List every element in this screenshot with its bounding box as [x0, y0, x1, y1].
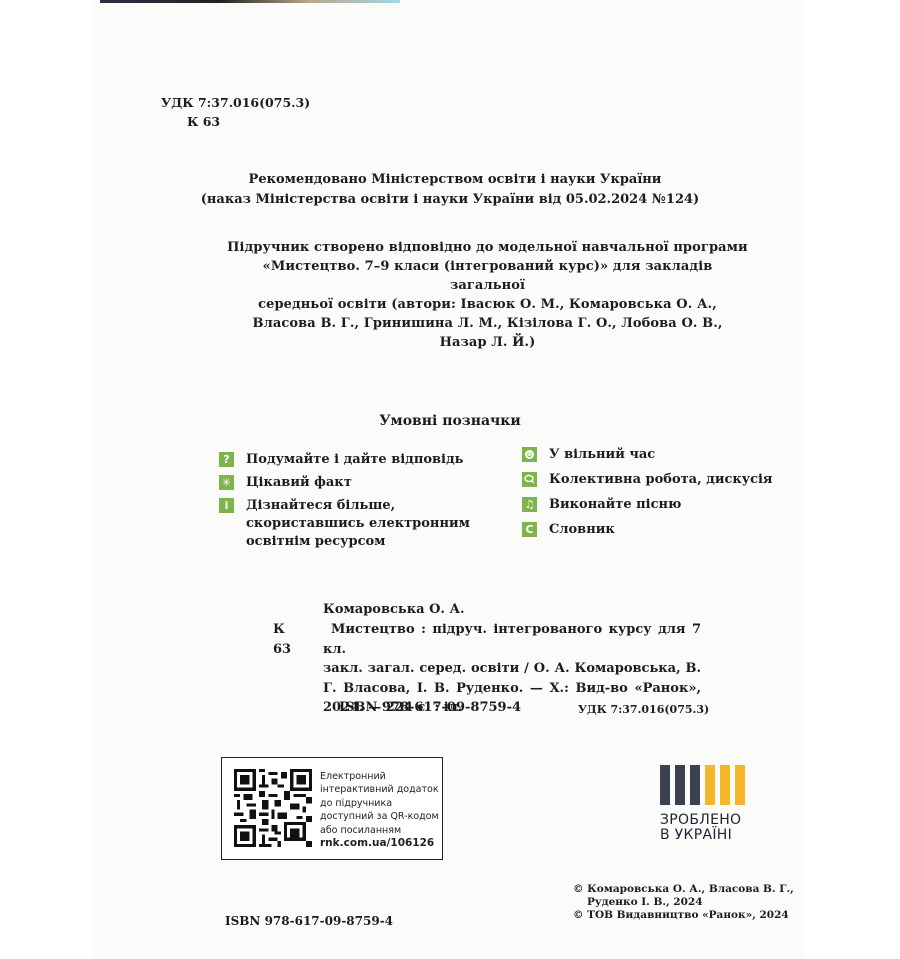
question-icon: ?	[219, 452, 234, 467]
bib-title-line: Мистецтво : підруч. інтегрованого курсу …	[323, 620, 701, 659]
asterisk-icon: ✳	[219, 475, 234, 490]
legend-label: Колективна робота, дискусія	[549, 471, 773, 489]
qr-text-line: до підручника	[320, 797, 440, 810]
footer-isbn: ISBN 978-617-09-8759-4	[225, 914, 393, 928]
bib-author: Комаровська О. А.	[323, 600, 465, 620]
qr-description: Електронний інтерактивний додаток до під…	[320, 770, 440, 850]
ministry-recommendation: Рекомендовано Міністерством освіти і нау…	[0, 170, 900, 210]
program-line: Назар Л. Й.)	[225, 333, 750, 352]
legend-item: ♫ Виконайте пісню	[522, 496, 773, 514]
legend-title: Умовні позначки	[0, 413, 900, 429]
logo-bar-dark	[675, 765, 685, 805]
logo-bars	[660, 765, 760, 805]
logo-bar-dark	[660, 765, 670, 805]
legend-label: Цікавий факт	[246, 474, 352, 492]
qr-code[interactable]	[234, 769, 312, 847]
qr-text-line: доступний за QR-кодом	[320, 810, 440, 823]
logo-text-line-2: В УКРАЇНІ	[660, 828, 760, 843]
legend-right-column: У вільний час Колективна робота, дискусі…	[522, 446, 773, 541]
logo-bar-yellow	[735, 765, 745, 805]
smiley-icon	[522, 447, 537, 462]
legend-item: C Словник	[522, 521, 773, 539]
made-in-ukraine-logo: ЗРОБЛЕНО В УКРАЇНІ	[660, 765, 760, 843]
copyright-line: © Комаровська О. А., Власова В. Г.,	[573, 883, 794, 896]
program-note: Підручник створено відповідно до модельн…	[225, 238, 750, 352]
program-line: Підручник створено відповідно до модельн…	[225, 238, 750, 257]
recommendation-line-2: (наказ Міністерства освіти і науки Украї…	[0, 190, 900, 210]
recommendation-line-1: Рекомендовано Міністерством освіти і нау…	[0, 170, 900, 190]
copyright-notice: © Комаровська О. А., Власова В. Г., Руде…	[573, 883, 794, 923]
bbk-code: К 63	[161, 112, 310, 131]
legend-label: Словник	[549, 521, 615, 539]
legend-item: У вільний час	[522, 446, 773, 464]
dictionary-icon: C	[522, 522, 537, 537]
qr-text-line: або посиланням	[320, 824, 440, 837]
music-note-icon: ♫	[522, 497, 537, 512]
bib-code: К 63	[273, 620, 291, 659]
qr-text-line: Електронний	[320, 770, 440, 783]
logo-text: ЗРОБЛЕНО В УКРАЇНІ	[660, 813, 760, 843]
bib-isbn: ISBN 978-617-09-8759-4	[339, 698, 521, 718]
bib-udk: УДК 7:37.016(075.3)	[578, 703, 709, 716]
copyright-line: Руденко І. В., 2024	[573, 896, 794, 909]
resource-link[interactable]: rnk.com.ua/106126	[320, 837, 440, 850]
program-line: «Мистецтво. 7–9 класи (інтегрований курс…	[225, 257, 750, 295]
logo-text-line-1: ЗРОБЛЕНО	[660, 813, 760, 828]
program-line: середньої освіти (автори: Івасюк О. М., …	[225, 295, 750, 314]
info-icon: i	[219, 498, 234, 513]
legend-label: У вільний час	[549, 446, 655, 464]
legend-label: Подумайте і дайте відповідь	[246, 451, 463, 469]
qr-resource-box: Електронний інтерактивний додаток до під…	[221, 757, 443, 860]
legend-item: i Дізнайтеся більше, скориставшись елект…	[219, 497, 486, 551]
logo-bar-dark	[690, 765, 700, 805]
qr-text-line: інтерактивний додаток	[320, 783, 440, 796]
legend-left-column: ? Подумайте і дайте відповідь ✳ Цікавий …	[219, 451, 486, 551]
udk-code: УДК 7:37.016(075.3)	[161, 93, 310, 112]
program-line: Власова В. Г., Гринишина Л. М., Кізілова…	[225, 314, 750, 333]
cover-edge-strip	[100, 0, 400, 3]
logo-bar-yellow	[705, 765, 715, 805]
logo-bar-yellow	[720, 765, 730, 805]
legend-item: Колективна робота, дискусія	[522, 471, 773, 489]
udk-header: УДК 7:37.016(075.3) К 63	[161, 93, 310, 131]
chat-icon	[522, 472, 537, 487]
legend-label: Виконайте пісню	[549, 496, 681, 514]
legend-item: ✳ Цікавий факт	[219, 474, 486, 492]
copyright-line: © ТОВ Видавництво «Ранок», 2024	[573, 909, 794, 922]
legend-label: Дізнайтеся більше, скориставшись електро…	[246, 497, 486, 551]
legend-item: ? Подумайте і дайте відповідь	[219, 451, 486, 469]
